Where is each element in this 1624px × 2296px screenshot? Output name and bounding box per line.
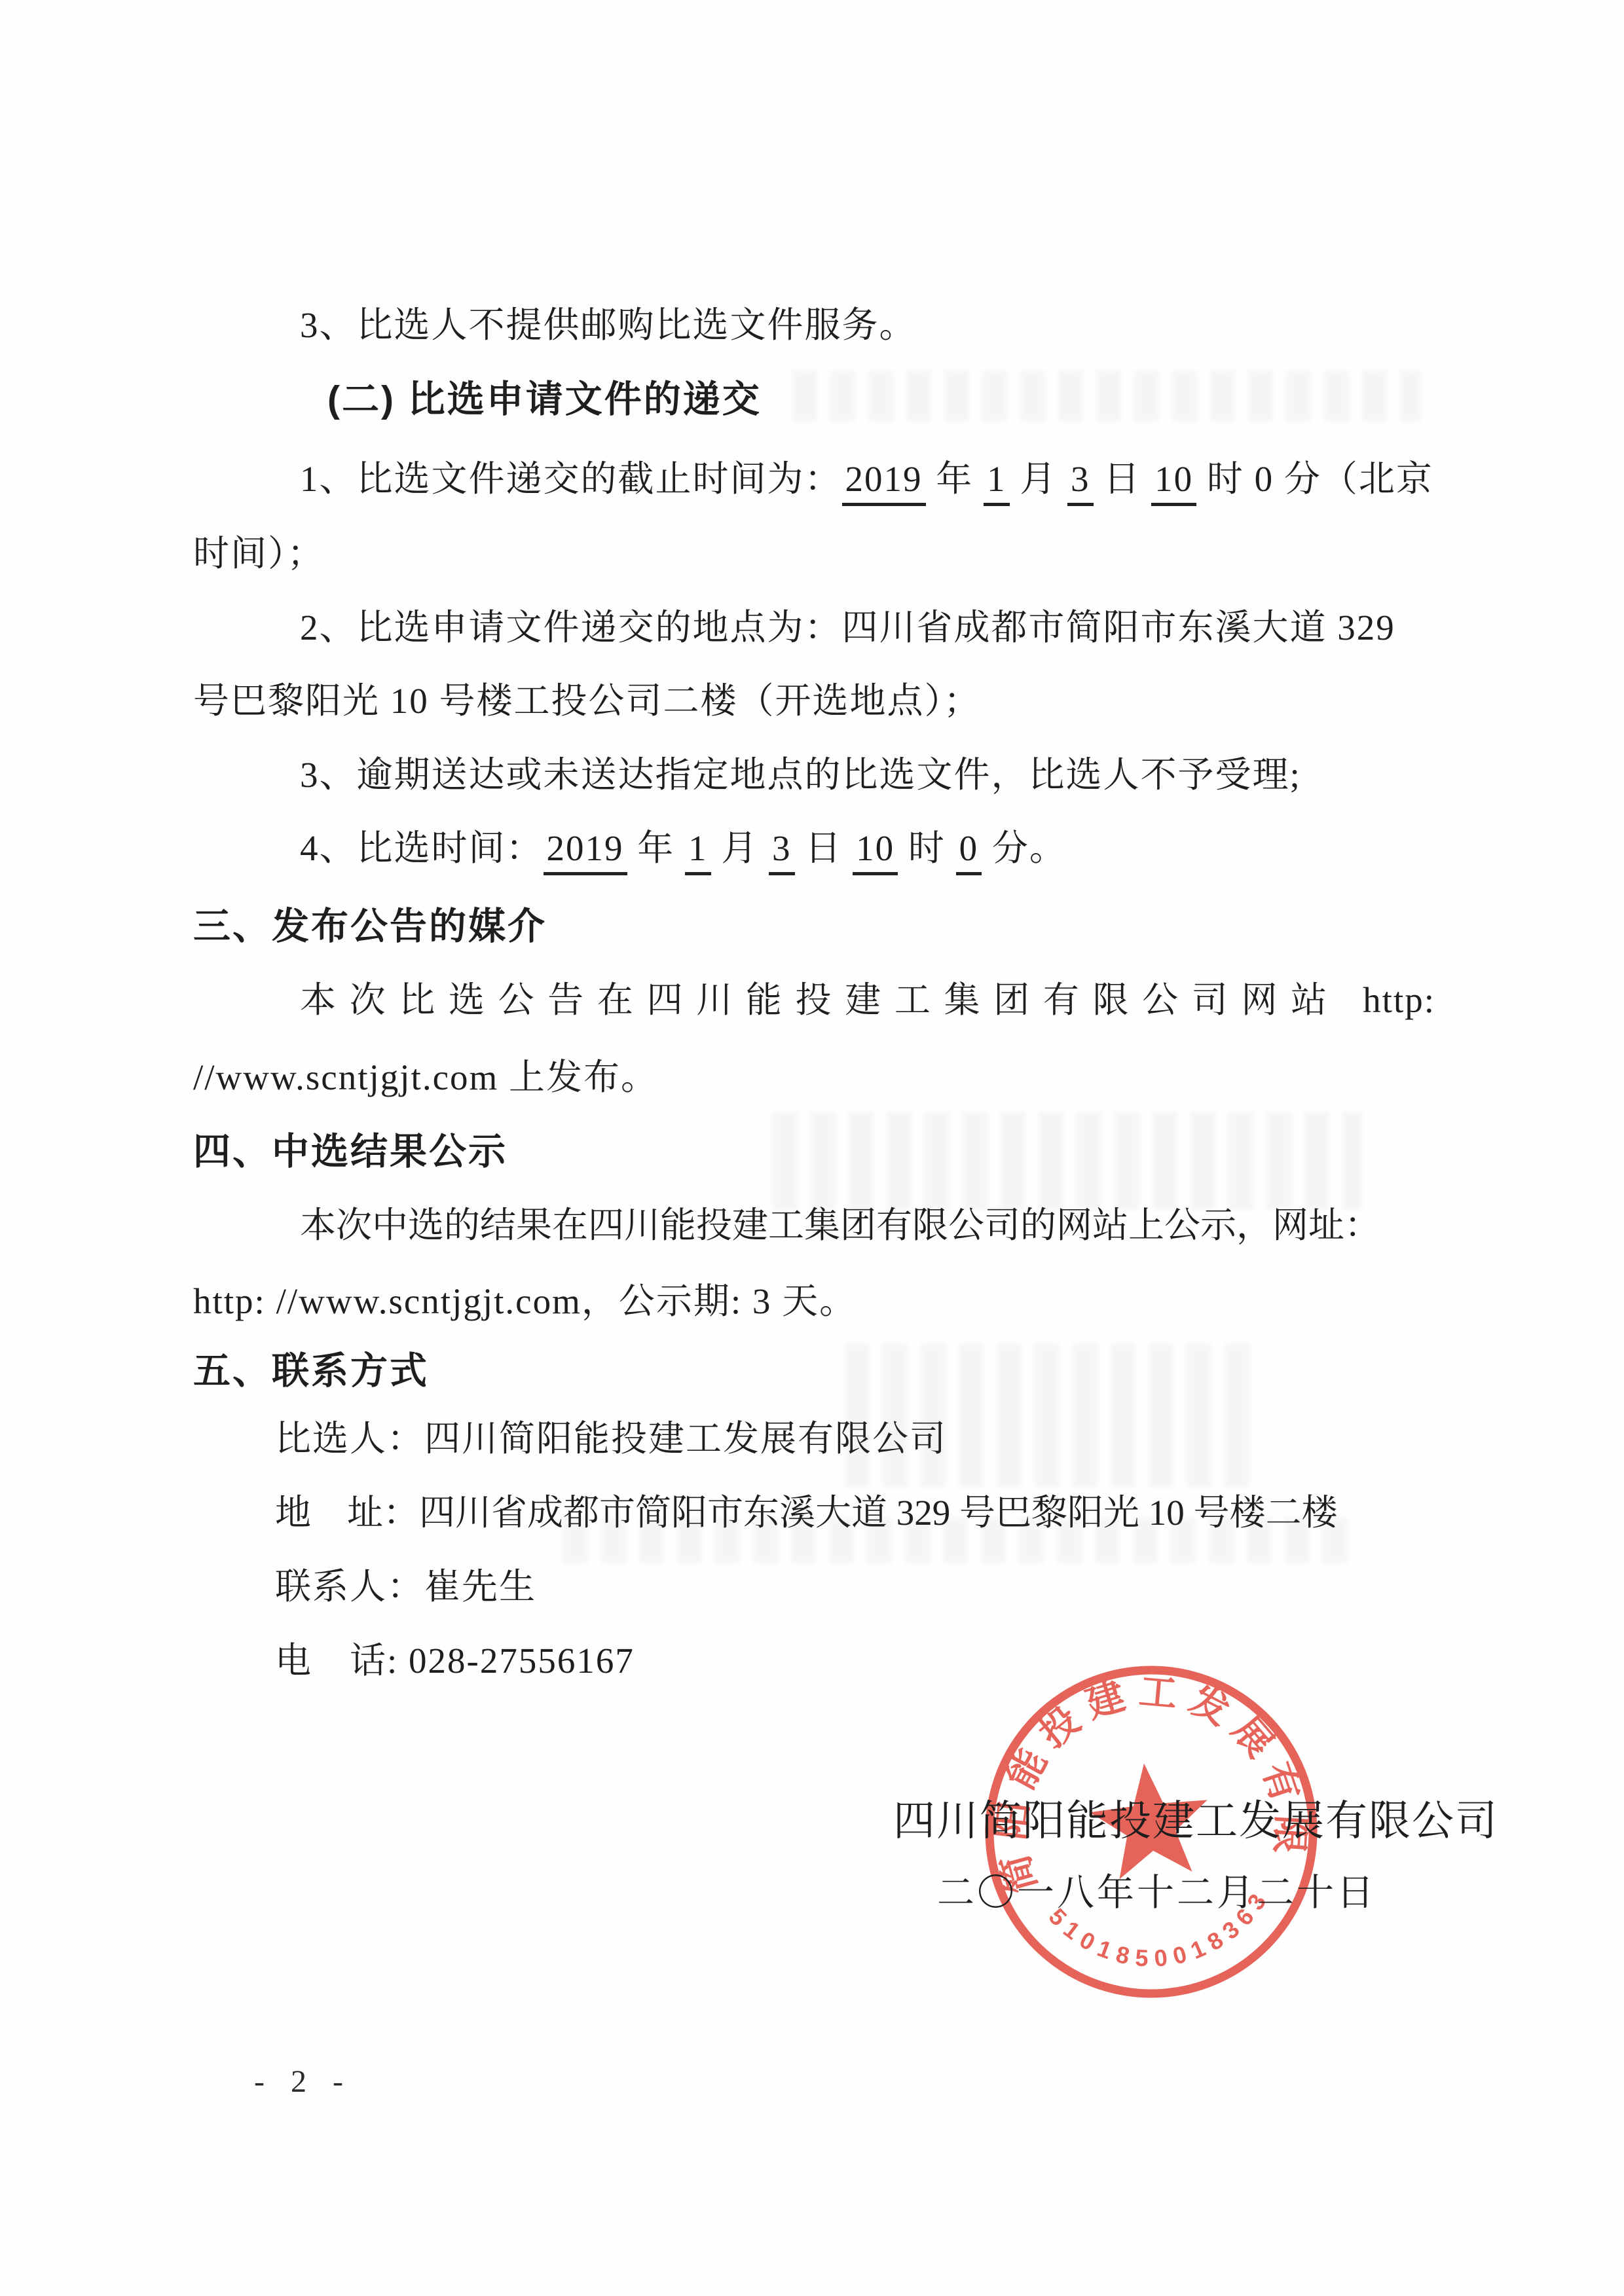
underlined-value: 10 <box>1151 459 1196 506</box>
result-line1: 本次中选的结果在四川能投建工集团有限公司的网站上公示，网址： <box>300 1203 1380 1248</box>
underlined-value: 1 <box>685 828 711 875</box>
text-segment: 时 <box>898 828 956 868</box>
heading-result: 四、中选结果公示 <box>193 1129 507 1175</box>
document-page: 3、比选人不提供邮购比选文件服务。 (二) 比选申请文件的递交 1、比选文件递交… <box>0 0 1624 2296</box>
submission-location-line2: 号巴黎阳光 10 号楼工投公司二楼（开选地点）； <box>193 679 981 724</box>
underlined-value: 3 <box>1067 459 1094 506</box>
result-line2-url: http: //www.scntjgjt.com，公示期: 3 天。 <box>193 1279 857 1324</box>
text-segment: 日 <box>1094 459 1152 499</box>
contact-phone: 电 话: 028-27556167 <box>275 1639 635 1684</box>
bleed-through-artifact <box>845 1343 1251 1487</box>
text-segment: 月 <box>1010 459 1068 499</box>
underlined-value: 0 <box>956 828 982 875</box>
text-segment: 年 <box>926 459 984 499</box>
text-segment: 分。 <box>982 828 1067 868</box>
underlined-value: 2019 <box>842 459 926 506</box>
late-delivery-line: 3、逾期送达或未送达指定地点的比选文件，比选人不予受理; <box>300 753 1301 798</box>
signature-company: 四川简阳能投建工发展有限公司 <box>893 1795 1498 1848</box>
contact-address: 地 址：四川省成都市简阳市东溪大道 329 号巴黎阳光 10 号楼二楼 <box>275 1491 1338 1536</box>
underlined-value: 2019 <box>544 828 627 875</box>
deadline-continuation: 时间）； <box>193 532 325 577</box>
page-number: - 2 - <box>254 2062 352 2102</box>
heading-contact: 五、联系方式 <box>193 1348 429 1394</box>
signature-date: 二〇一八年十二月二十日 <box>937 1870 1376 1916</box>
media-line1: 本次比选公告在四川能投建工集团有限公司网站 http: <box>300 978 1435 1023</box>
bleed-through-artifact <box>773 1112 1362 1210</box>
item-no-mail-order: 3、比选人不提供邮购比选文件服务。 <box>300 303 917 348</box>
selection-time-line: 4、比选时间：2019 年 1 月 3 日 10 时 0 分。 <box>300 826 1067 871</box>
submission-location-line1: 2、比选申请文件递交的地点为：四川省成都市简阳市东溪大道 329 <box>300 606 1395 651</box>
text-segment: 4、比选时间： <box>300 828 544 868</box>
underlined-value: 1 <box>984 459 1010 506</box>
text-segment: 1、比选文件递交的截止时间为： <box>300 459 842 499</box>
text-segment: 时 0 分（北京 <box>1196 459 1433 499</box>
heading-submission: (二) 比选申请文件的递交 <box>327 376 762 423</box>
bleed-through-artifact <box>792 371 1421 422</box>
text-segment: 日 <box>795 828 853 868</box>
text-segment: 月 <box>711 828 769 868</box>
text-segment: 年 <box>627 828 686 868</box>
contact-bidder: 比选人：四川简阳能投建工发展有限公司 <box>275 1417 947 1462</box>
contact-person: 联系人：崔先生 <box>275 1565 536 1610</box>
heading-media: 三、发布公告的媒介 <box>193 903 547 950</box>
deadline-line: 1、比选文件递交的截止时间为：2019 年 1 月 3 日 10 时 0 分（北… <box>300 457 1433 502</box>
underlined-value: 3 <box>769 828 795 875</box>
media-line2-url: //www.scntjgjt.com 上发布。 <box>193 1055 658 1101</box>
underlined-value: 10 <box>853 828 898 875</box>
